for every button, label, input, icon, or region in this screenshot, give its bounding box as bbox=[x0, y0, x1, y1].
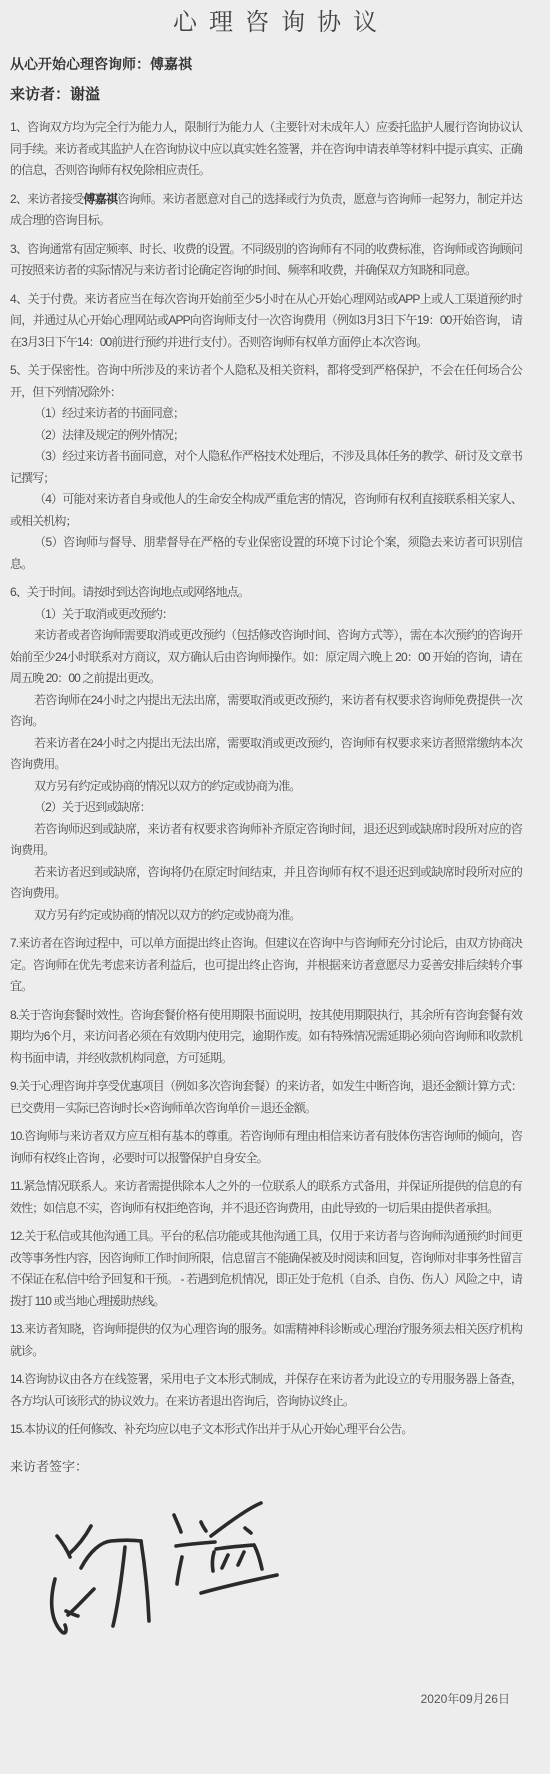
clause-text: 15.本协议的任何修改、补充均应以电子文本形式作出并于从心开始心理平台公告。 bbox=[10, 1422, 413, 1436]
clause-text: 若咨询师在24小时之内提出无法出席，需要取消或更改预约，来访者有权要求咨询师免费… bbox=[10, 693, 522, 729]
clause-paragraph: 8.关于咨询套餐时效性。咨询套餐价格有使用期限书面说明，按其使用期限执行，其余所… bbox=[10, 1005, 522, 1070]
visitor-signature-handwriting bbox=[30, 1480, 310, 1670]
clause-paragraph: （4）可能对来访者自身或他人的生命安全构成严重危害的情况，咨询师有权利直接联系相… bbox=[10, 489, 522, 532]
clause-text: 14.咨询协议由各方在线签署，采用电子文本形式制成，并保存在来访者为此设立的专用… bbox=[10, 1372, 522, 1408]
clause-text: （5）咨询师与督导、朋辈督导在严格的专业保密设置的环境下讨论个案，须隐去来访者可… bbox=[10, 535, 522, 571]
clause-paragraph: 12.关于私信或其他沟通工具。平台的私信功能或其他沟通工具，仅用于来访者与咨询师… bbox=[10, 1226, 522, 1312]
clause-paragraph: （2）关于迟到或缺席： bbox=[10, 797, 522, 819]
clause-paragraph: 来访者或者咨询师需要取消或更改预约（包括修改咨询时间、咨询方式等），需在本次预约… bbox=[10, 625, 522, 690]
agreement-clauses: 1、咨询双方均为完全行为能力人，限制行为能力人（主要针对未成年人）应委托监护人履… bbox=[0, 106, 550, 1441]
clause-text: 若来访者在24小时之内提出无法出席，需要取消或更改预约，咨询师有权要求来访者照常… bbox=[10, 736, 522, 772]
page-title: 心理咨询协议 bbox=[0, 6, 550, 40]
clause-text: 3、咨询通常有固定频率、时长、收费的设置。不同级别的咨询师有不同的收费标准，咨询… bbox=[10, 242, 522, 278]
clause-text: 双方另有约定或协商的情况以双方的约定或协商为准。 bbox=[34, 908, 300, 922]
clause-text: 8.关于咨询套餐时效性。咨询套餐价格有使用期限书面说明，按其使用期限执行，其余所… bbox=[10, 1008, 522, 1065]
clause-text: 1、咨询双方均为完全行为能力人，限制行为能力人（主要针对未成年人）应委托监护人履… bbox=[10, 120, 522, 177]
clause-paragraph: 若来访者迟到或缺席，咨询将仍在原定时间结束，并且咨询师有权不退还迟到或缺席时段所… bbox=[10, 862, 522, 905]
clause-paragraph: 14.咨询协议由各方在线签署，采用电子文本形式制成，并保存在来访者为此设立的专用… bbox=[10, 1369, 522, 1412]
clause-text: （1）经过来访者的书面同意； bbox=[34, 406, 184, 420]
clause-paragraph: 13.来访者知晓，咨询师提供的仅为心理咨询的服务。如需精神科诊断或心理治疗服务须… bbox=[10, 1319, 522, 1362]
signature-date: 2020年09月26日 bbox=[0, 1690, 550, 1708]
clause-paragraph: 11.紧急情况联系人。来访者需提供除本人之外的一位联系人的联系方式备用，并保证所… bbox=[10, 1176, 522, 1219]
clause-paragraph: 2、来访者接受傅嘉祺咨询师。来访者愿意对自己的选择或行为负责，愿意与咨询师一起努… bbox=[10, 189, 522, 232]
clause-paragraph: 6、关于时间。请按时到达咨询地点或网络地点。 bbox=[10, 582, 522, 604]
clause-paragraph: 9.关于心理咨询并享受优惠项目（例如多次咨询套餐）的来访者，如发生中断咨询，退还… bbox=[10, 1076, 522, 1119]
clause-text: （3）经过来访者书面同意，对个人隐私作严格技术处理后，不涉及具体任务的教学、研讨… bbox=[10, 449, 522, 485]
clause-text: （2）法律及规定的例外情况； bbox=[34, 428, 184, 442]
clause-paragraph: 双方另有约定或协商的情况以双方的约定或协商为准。 bbox=[10, 776, 522, 798]
clause-paragraph: 10.咨询师与来访者双方应互相有基本的尊重。若咨询师有理由相信来访者有肢体伤害咨… bbox=[10, 1126, 522, 1169]
clause-text: 13.来访者知晓，咨询师提供的仅为心理咨询的服务。如需精神科诊断或心理治疗服务须… bbox=[10, 1322, 522, 1358]
clause-paragraph: 若咨询师迟到或缺席，来访者有权要求咨询师补齐原定咨询时间，退还迟到或缺席时段所对… bbox=[10, 819, 522, 862]
clause-paragraph: 3、咨询通常有固定频率、时长、收费的设置。不同级别的咨询师有不同的收费标准，咨询… bbox=[10, 239, 522, 282]
clause-text: 5、关于保密性。咨询中所涉及的来访者个人隐私及相关资料，都将受到严格保护，不会在… bbox=[10, 363, 522, 399]
counselor-name-line: 从心开始心理咨询师：傅嘉祺 bbox=[10, 54, 540, 74]
clause-paragraph: 双方另有约定或协商的情况以双方的约定或协商为准。 bbox=[10, 905, 522, 927]
clause-text: 双方另有约定或协商的情况以双方的约定或协商为准。 bbox=[34, 779, 300, 793]
clause-text: 2、来访者接受 bbox=[10, 192, 83, 206]
clause-text: 9.关于心理咨询并享受优惠项目（例如多次咨询套餐）的来访者，如发生中断咨询，退还… bbox=[10, 1079, 522, 1115]
clause-text: （1）关于取消或更改预约： bbox=[34, 607, 173, 621]
clause-paragraph: 4、关于付费。来访者应当在每次咨询开始前至少5小时在从心开始心理网站或APP上或… bbox=[10, 289, 522, 354]
clause-text: 7.来访者在咨询过程中，可以单方面提出终止咨询。但建议在咨询中与咨询师充分讨论后… bbox=[10, 936, 522, 993]
clause-text: 12.关于私信或其他沟通工具。平台的私信功能或其他沟通工具，仅用于来访者与咨询师… bbox=[10, 1229, 522, 1308]
clause-paragraph: 1、咨询双方均为完全行为能力人，限制行为能力人（主要针对未成年人）应委托监护人履… bbox=[10, 117, 522, 182]
clause-text: 11.紧急情况联系人。来访者需提供除本人之外的一位联系人的联系方式备用，并保证所… bbox=[10, 1179, 522, 1215]
signature-label: 来访者签字： bbox=[10, 1458, 540, 1476]
clause-text: （2）关于迟到或缺席： bbox=[34, 800, 151, 814]
clause-paragraph: 若来访者在24小时之内提出无法出席，需要取消或更改预约，咨询师有权要求来访者照常… bbox=[10, 733, 522, 776]
clause-paragraph: （2）法律及规定的例外情况； bbox=[10, 425, 522, 447]
clause-text: 10.咨询师与来访者双方应互相有基本的尊重。若咨询师有理由相信来访者有肢体伤害咨… bbox=[10, 1129, 522, 1165]
counselor-name-inline: 傅嘉祺 bbox=[83, 192, 117, 206]
clause-paragraph: 5、关于保密性。咨询中所涉及的来访者个人隐私及相关资料，都将受到严格保护，不会在… bbox=[10, 360, 522, 403]
clause-text: 来访者或者咨询师需要取消或更改预约（包括修改咨询时间、咨询方式等），需在本次预约… bbox=[10, 628, 522, 685]
signature-ink-strokes bbox=[30, 1480, 310, 1670]
clause-text: 若咨询师迟到或缺席，来访者有权要求咨询师补齐原定咨询时间，退还迟到或缺席时段所对… bbox=[10, 822, 522, 858]
agreement-document: 心理咨询协议 从心开始心理咨询师：傅嘉祺 来访者：谢溢 1、咨询双方均为完全行为… bbox=[0, 0, 550, 1708]
clause-paragraph: （1）经过来访者的书面同意； bbox=[10, 403, 522, 425]
clause-paragraph: 15.本协议的任何修改、补充均应以电子文本形式作出并于从心开始心理平台公告。 bbox=[10, 1419, 522, 1441]
clause-text: （4）可能对来访者自身或他人的生命安全构成严重危害的情况，咨询师有权利直接联系相… bbox=[10, 492, 522, 528]
clause-paragraph: 7.来访者在咨询过程中，可以单方面提出终止咨询。但建议在咨询中与咨询师充分讨论后… bbox=[10, 933, 522, 998]
clause-text: 若来访者迟到或缺席，咨询将仍在原定时间结束，并且咨询师有权不退还迟到或缺席时段所… bbox=[10, 865, 522, 901]
clause-text: 4、关于付费。来访者应当在每次咨询开始前至少5小时在从心开始心理网站或APP上或… bbox=[10, 292, 522, 349]
clause-paragraph: （5）咨询师与督导、朋辈督导在严格的专业保密设置的环境下讨论个案，须隐去来访者可… bbox=[10, 532, 522, 575]
clause-text: 6、关于时间。请按时到达咨询地点或网络地点。 bbox=[10, 585, 249, 599]
clause-paragraph: （1）关于取消或更改预约： bbox=[10, 604, 522, 626]
clause-paragraph: 若咨询师在24小时之内提出无法出席，需要取消或更改预约，来访者有权要求咨询师免费… bbox=[10, 690, 522, 733]
page-title-text: 心理咨询协议 bbox=[173, 9, 389, 36]
clause-paragraph: （3）经过来访者书面同意，对个人隐私作严格技术处理后，不涉及具体任务的教学、研讨… bbox=[10, 446, 522, 489]
visitor-name-line: 来访者：谢溢 bbox=[10, 84, 540, 106]
